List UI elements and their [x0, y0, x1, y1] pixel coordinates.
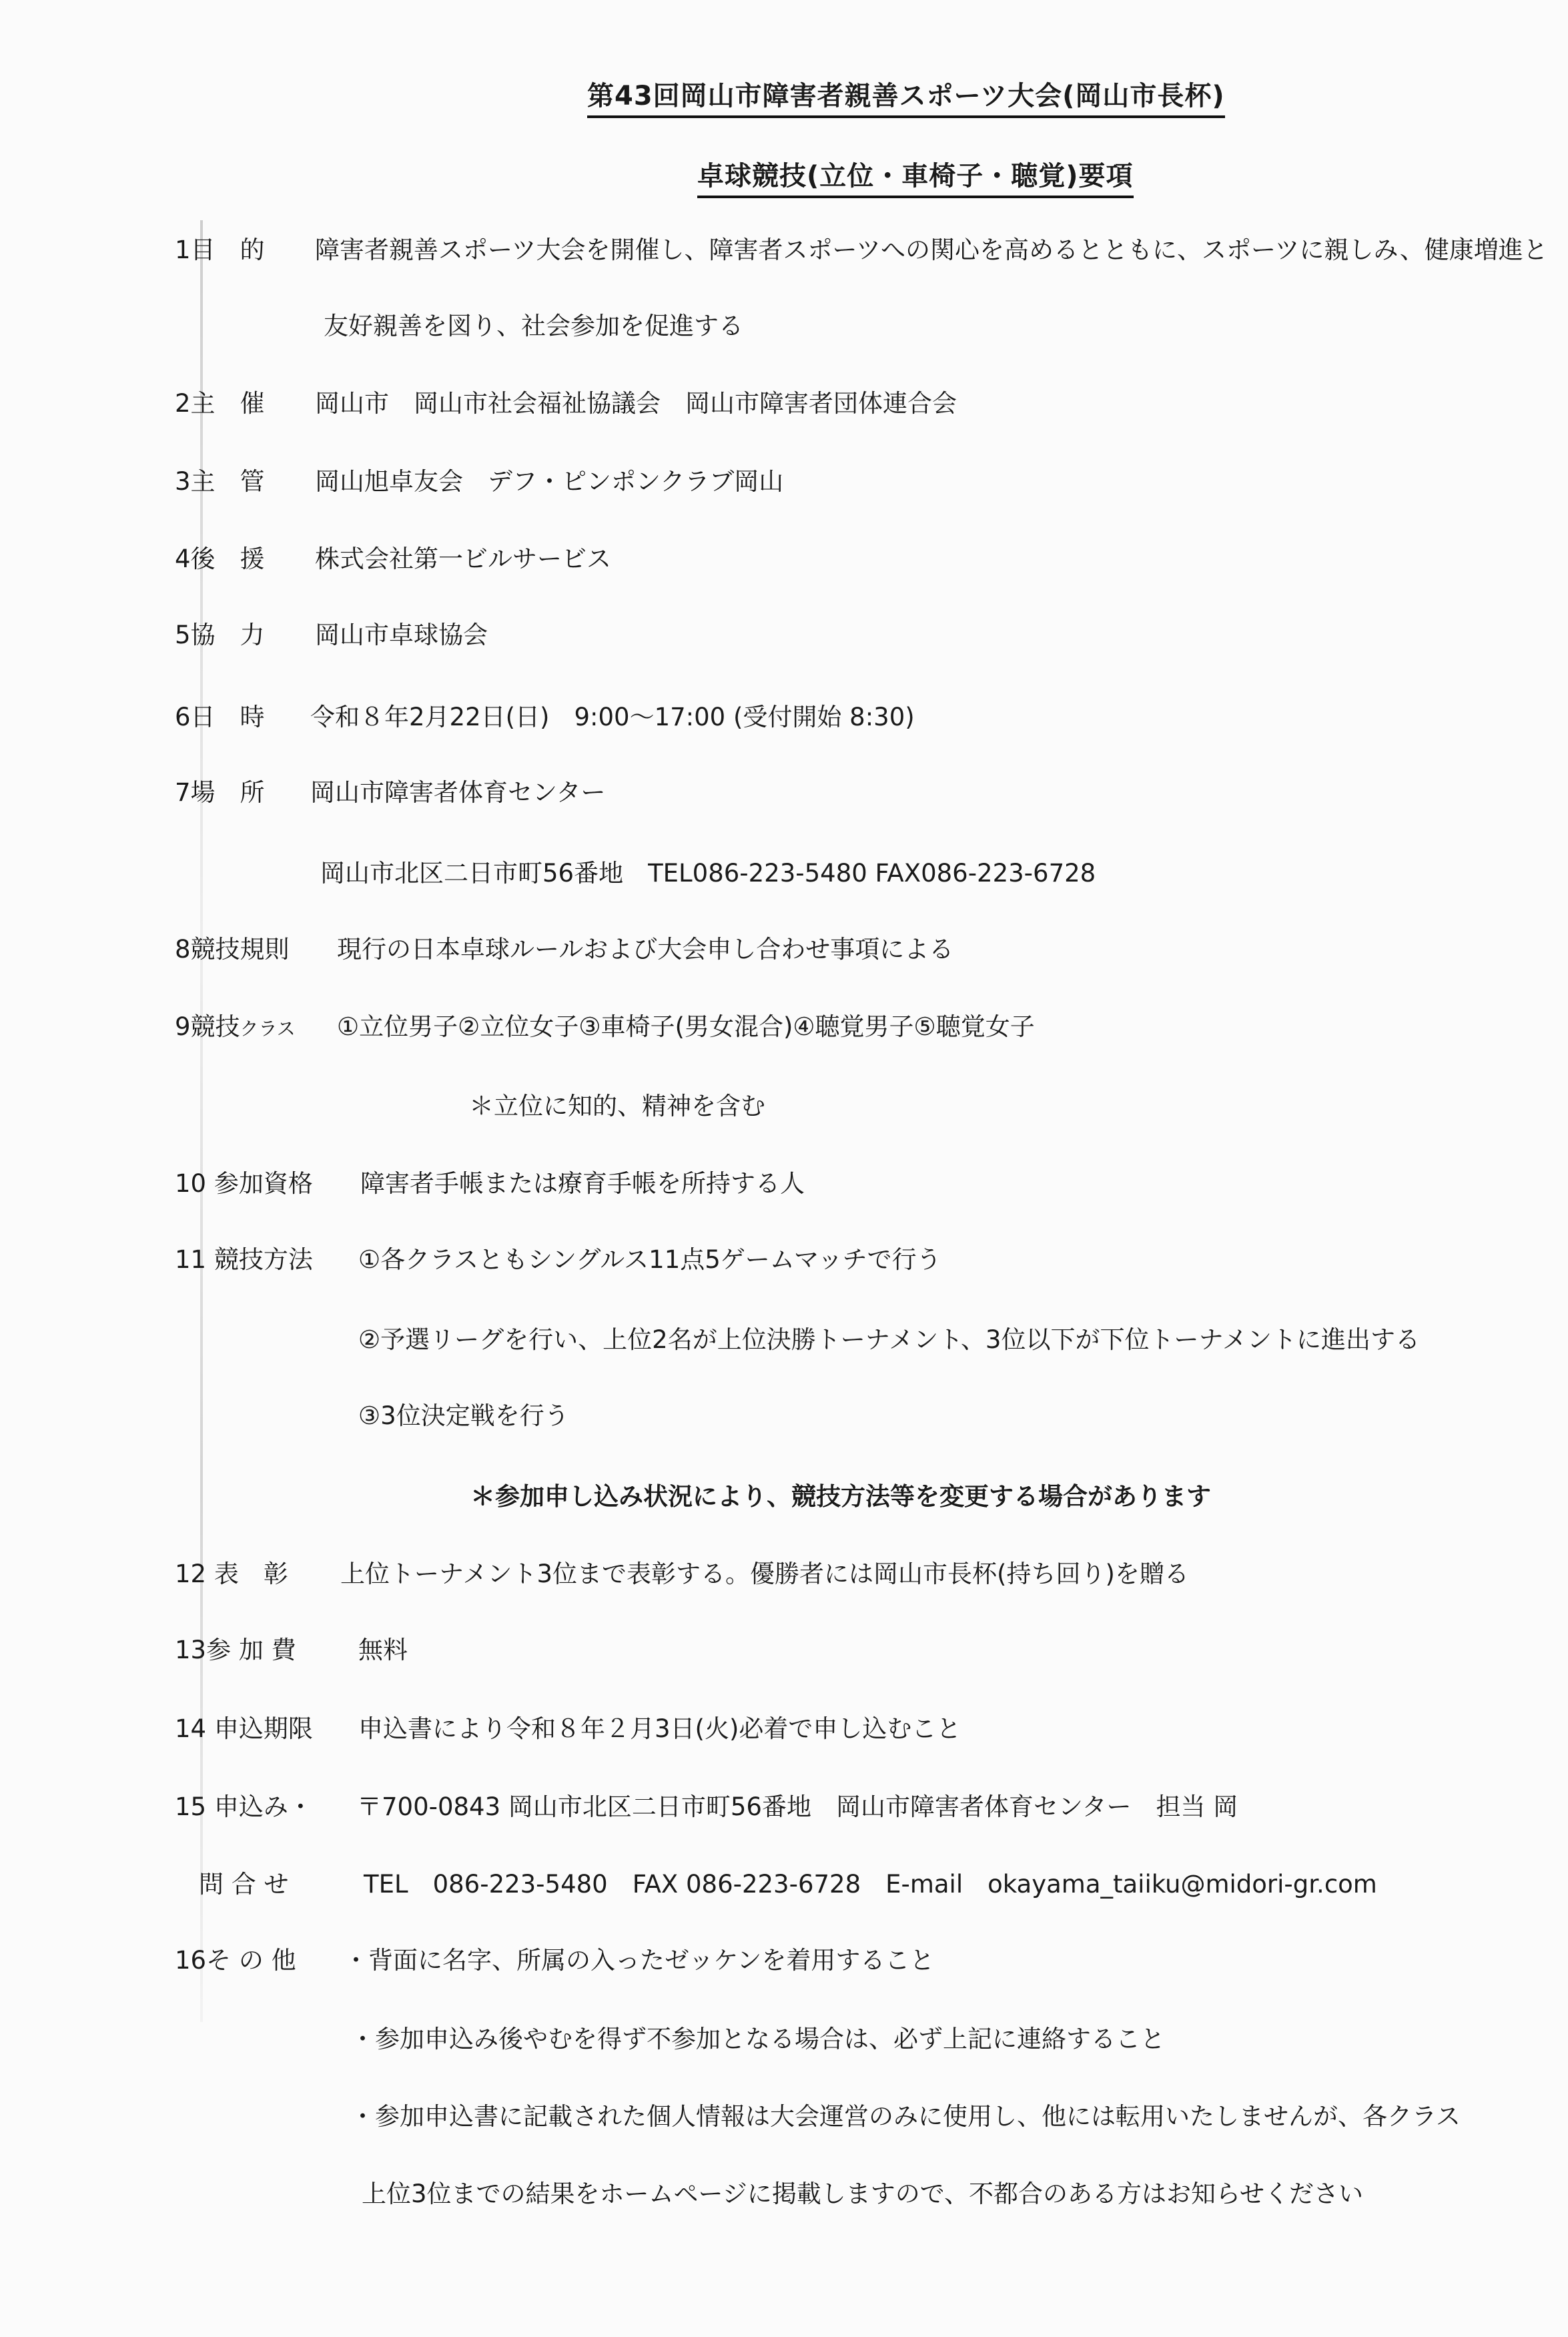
section-value: 上位トーナメント3位まで表彰する。優勝者には岡山市長杯(持ち回り)を贈る — [340, 1560, 1189, 1589]
section-number: 15 — [175, 1792, 206, 1821]
section-value: 岡山市北区二日市町56番地 TEL086-223-5480 FAX086-223… — [320, 859, 1096, 888]
section-number: 3 — [175, 467, 191, 496]
section-number: 5 — [175, 621, 191, 649]
section-value: ＊立位に知的、精神を含む — [469, 1092, 765, 1121]
section-number: 7 — [175, 778, 191, 807]
section-label: 参加資格 — [214, 1169, 313, 1198]
section-value: 無料 — [358, 1636, 408, 1665]
section-label: 主 催 — [191, 389, 265, 418]
section-number: 1 — [175, 236, 191, 264]
section-number: 11 — [175, 1245, 206, 1274]
section-value: 株式会社第一ビルサービス — [315, 545, 611, 574]
section-label: 場 所 — [191, 778, 265, 807]
section-label: そ の 他 — [206, 1946, 296, 1975]
section-value: 障害者親善スポーツ大会を開催し、障害者スポーツへの関心を高めるとともに、スポーツ… — [315, 236, 1548, 265]
scanned-document-page: 第43回岡山市障害者親善スポーツ大会(岡山市長杯) 卓球競技(立位・車椅子・聴覚… — [0, 0, 1568, 2337]
section-label: 主 管 — [191, 467, 265, 496]
section-label: 目 的 — [191, 236, 265, 264]
section-label: 日 時 — [191, 703, 265, 731]
section-value: ③3位決定戦を行う — [358, 1401, 569, 1431]
section-number: 13 — [175, 1636, 206, 1664]
section-label: 競技 — [191, 1012, 240, 1041]
section-value: ①各クラスともシングルス11点5ゲームマッチで行う — [358, 1245, 941, 1275]
section-value: 申込書により令和８年２月3日(火)必着で申し込むこと — [358, 1714, 961, 1744]
section-value: ・参加申込み後やむを得ず不参加となる場合は、必ず上記に連絡すること — [350, 2025, 1165, 2054]
section-value: 岡山市障害者体育センター — [310, 778, 606, 807]
section-value: 岡山旭卓友会 デフ・ピンポンクラブ岡山 — [315, 467, 783, 496]
section-number: 10 — [175, 1169, 206, 1198]
section-value: ①立位男子②立位女子③車椅子(男女混合)④聴覚男子⑤聴覚女子 — [337, 1012, 1035, 1042]
section-label-small: クラス — [240, 1018, 296, 1040]
document-title: 第43回岡山市障害者親善スポーツ大会(岡山市長杯) — [587, 75, 1225, 118]
section-value: 〒700-0843 岡山市北区二日市町56番地 岡山市障害者体育センター 担当 … — [357, 1792, 1238, 1822]
section-value: 障害者手帳または療育手帳を所持する人 — [360, 1169, 805, 1199]
section-number: 16 — [175, 1946, 206, 1975]
section-value: ②予選リーグを行い、上位2名が上位決勝トーナメント、3位以下が下位トーナメントに… — [358, 1325, 1420, 1355]
contact-info: TEL 086-223-5480 FAX 086-223-6728 E-mail… — [364, 1870, 1377, 1899]
section-number: 12 — [175, 1560, 206, 1588]
section-label: 申込期限 — [214, 1714, 313, 1743]
section-label: 競技規則 — [191, 935, 290, 964]
section-value: ・背面に名字、所属の入ったゼッケンを着用すること — [344, 1946, 934, 1975]
section-label: 参 加 費 — [206, 1636, 296, 1664]
section-label: 表 彰 — [214, 1560, 288, 1588]
section-number: 4 — [175, 545, 191, 573]
section-number: 14 — [175, 1714, 206, 1743]
section-label: 競技方法 — [214, 1245, 313, 1274]
section-value: 上位3位までの結果をホームページに掲載しますので、不都合のある方はお知らせくださ… — [362, 2180, 1363, 2209]
section-value: ・参加申込書に記載された個人情報は大会運営のみに使用し、他には転用いたしませんが… — [350, 2102, 1461, 2131]
section-value: 友好親善を図り、社会参加を促進する — [324, 312, 743, 341]
section-value: 現行の日本卓球ルールおよび大会申し合わせ事項による — [337, 935, 953, 964]
section-number: 8 — [175, 935, 191, 964]
section-value: 令和８年2月22日(日) 9:00〜17:00 (受付開始 8:30) — [310, 703, 915, 732]
section-value: 岡山市 岡山市社会福祉協議会 岡山市障害者団体連合会 — [315, 389, 957, 418]
note-text: ＊参加申し込み状況により、競技方法等を変更する場合があります — [470, 1482, 1211, 1512]
section-number: 9 — [175, 1012, 191, 1041]
section-number: 2 — [175, 389, 191, 418]
section-label: 協 力 — [191, 621, 265, 649]
section-number: 6 — [175, 703, 191, 731]
section-label: 後 援 — [191, 545, 265, 573]
section-value: 岡山市卓球協会 — [315, 621, 488, 650]
section-label: 申込み・ — [214, 1792, 313, 1821]
document-subtitle: 卓球競技(立位・車椅子・聴覚)要項 — [697, 155, 1134, 198]
section-label: 問 合 せ — [199, 1870, 289, 1899]
